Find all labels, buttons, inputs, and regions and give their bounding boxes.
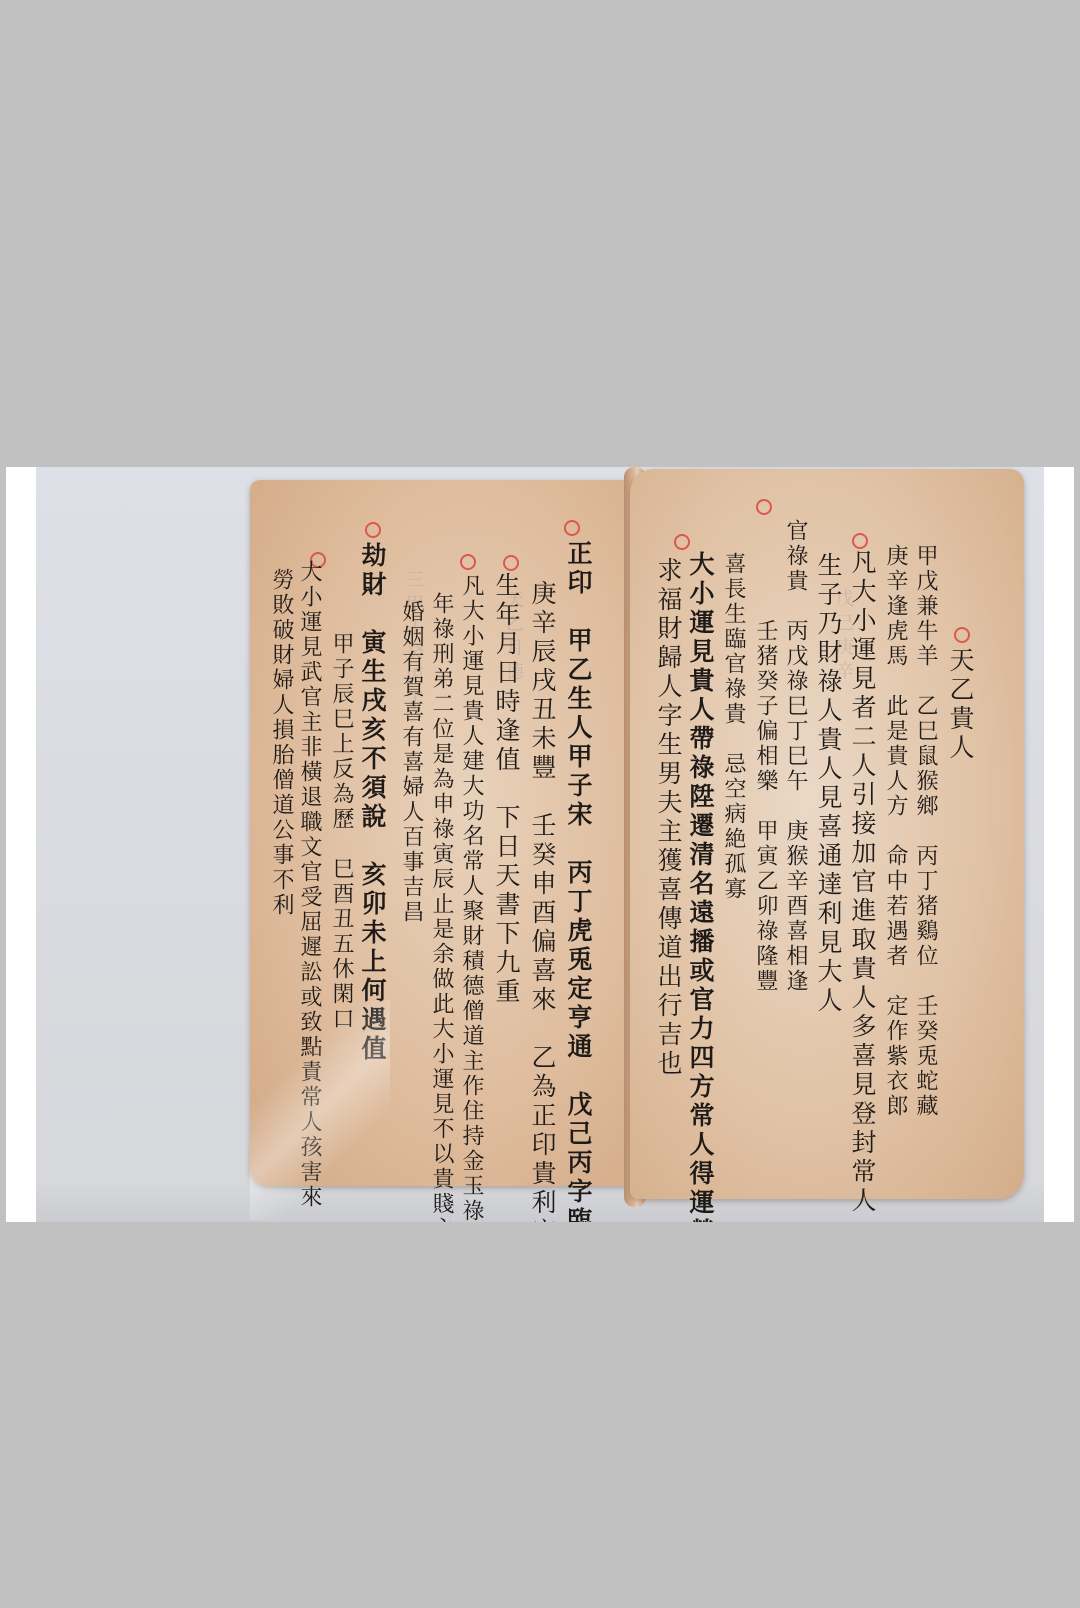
text-column: 婚姻有賀喜有喜婦人百事吉昌 (400, 600, 422, 925)
photo-frame: 三甲壬癸丙丁 天乙月德 正印 甲乙生人甲子宋 丙丁虎兎定亨通 戊己丙字臨巳午 庚… (6, 467, 1074, 1222)
red-circle-mark (503, 555, 519, 571)
text-column: 勞敗破財婦人損胎僧道公事不利 (270, 568, 292, 918)
red-circle-mark (460, 554, 476, 570)
text-column: 正印 甲乙生人甲子宋 丙丁虎兎定亨通 戊己丙字臨巳午 (566, 540, 591, 1222)
text-column: 凡大小運見者二人引接加官進取貴人多喜見登封常人 (850, 549, 875, 1216)
text-column: 官祿貴 丙戊祿巳丁巳午 庚猴辛酉喜相逢 (784, 519, 806, 994)
text-column: 年祿刑弟二位是為申祿寅辰止是余做此大小運見不以貴賤主 (430, 592, 452, 1222)
red-circle-mark (852, 533, 868, 549)
text-column: 壬猪癸子偏相樂 甲寅乙卯祿隆豐 (754, 619, 776, 994)
text-column: 喜長生臨官祿貴 忌空病絶孤寡 (722, 552, 744, 902)
text-column: 庚辛逢虎馬 此是貴人方 命中若遇者 定作紫衣郎 (884, 544, 906, 1119)
page-heading: 天乙貴人 (948, 647, 973, 763)
red-circle-mark (564, 520, 580, 536)
text-column: 庚辛辰戌丑未豐 壬癸申酉偏喜來 乙為正印貴利官 (530, 580, 555, 1222)
image-viewer: 三甲壬癸丙丁 天乙月德 正印 甲乙生人甲子宋 丙丁虎兎定亨通 戊己丙字臨巳午 庚… (0, 0, 1080, 1608)
text-column: 生年月日時逢值 下日天書下九重 (494, 572, 519, 1007)
text-column: 劫財 寅生戌亥不須說 亥卯未上何遇值 (360, 542, 385, 1064)
text-column: 大小運見武官主非橫退職文官受屈遲訟或致點責常人孩害來 (298, 560, 320, 1210)
text-column: 甲戊兼牛羊 乙巳鼠猴鄉 丙丁猪鷄位 壬癸兎蛇藏 (914, 544, 936, 1119)
text-column: 大小運見貴人帶祿陞遷清名遠播或官力四方常人得運營 (688, 551, 713, 1222)
right-page: 戊己庚辛 天乙貴人 甲戊兼牛羊 乙巳鼠猴鄉 丙丁猪鷄位 壬癸兎蛇藏 庚辛逢虎馬 … (630, 469, 1024, 1199)
left-page: 三甲壬癸丙丁 天乙月德 正印 甲乙生人甲子宋 丙丁虎兎定亨通 戊己丙字臨巳午 庚… (250, 480, 644, 1186)
text-column: 凡大小運見貴人建大功名常人聚財積德僧道主作住持金玉祿十 (460, 574, 482, 1222)
red-circle-mark (365, 522, 381, 538)
text-column: 生子乃財祿人貴人見喜通達利見大人 (816, 552, 841, 1016)
red-circle-mark (674, 534, 690, 550)
text-column: 求福財歸人字生男夫主獲喜傳道出行吉也 (656, 557, 681, 1079)
red-circle-mark (954, 627, 970, 643)
manuscript-photo[interactable]: 三甲壬癸丙丁 天乙月德 正印 甲乙生人甲子宋 丙丁虎兎定亨通 戊己丙字臨巳午 庚… (36, 467, 1044, 1222)
text-column: 甲子辰巳上反為歷 巳酉丑五休閑口 (330, 632, 352, 1032)
red-circle-mark (756, 499, 772, 515)
